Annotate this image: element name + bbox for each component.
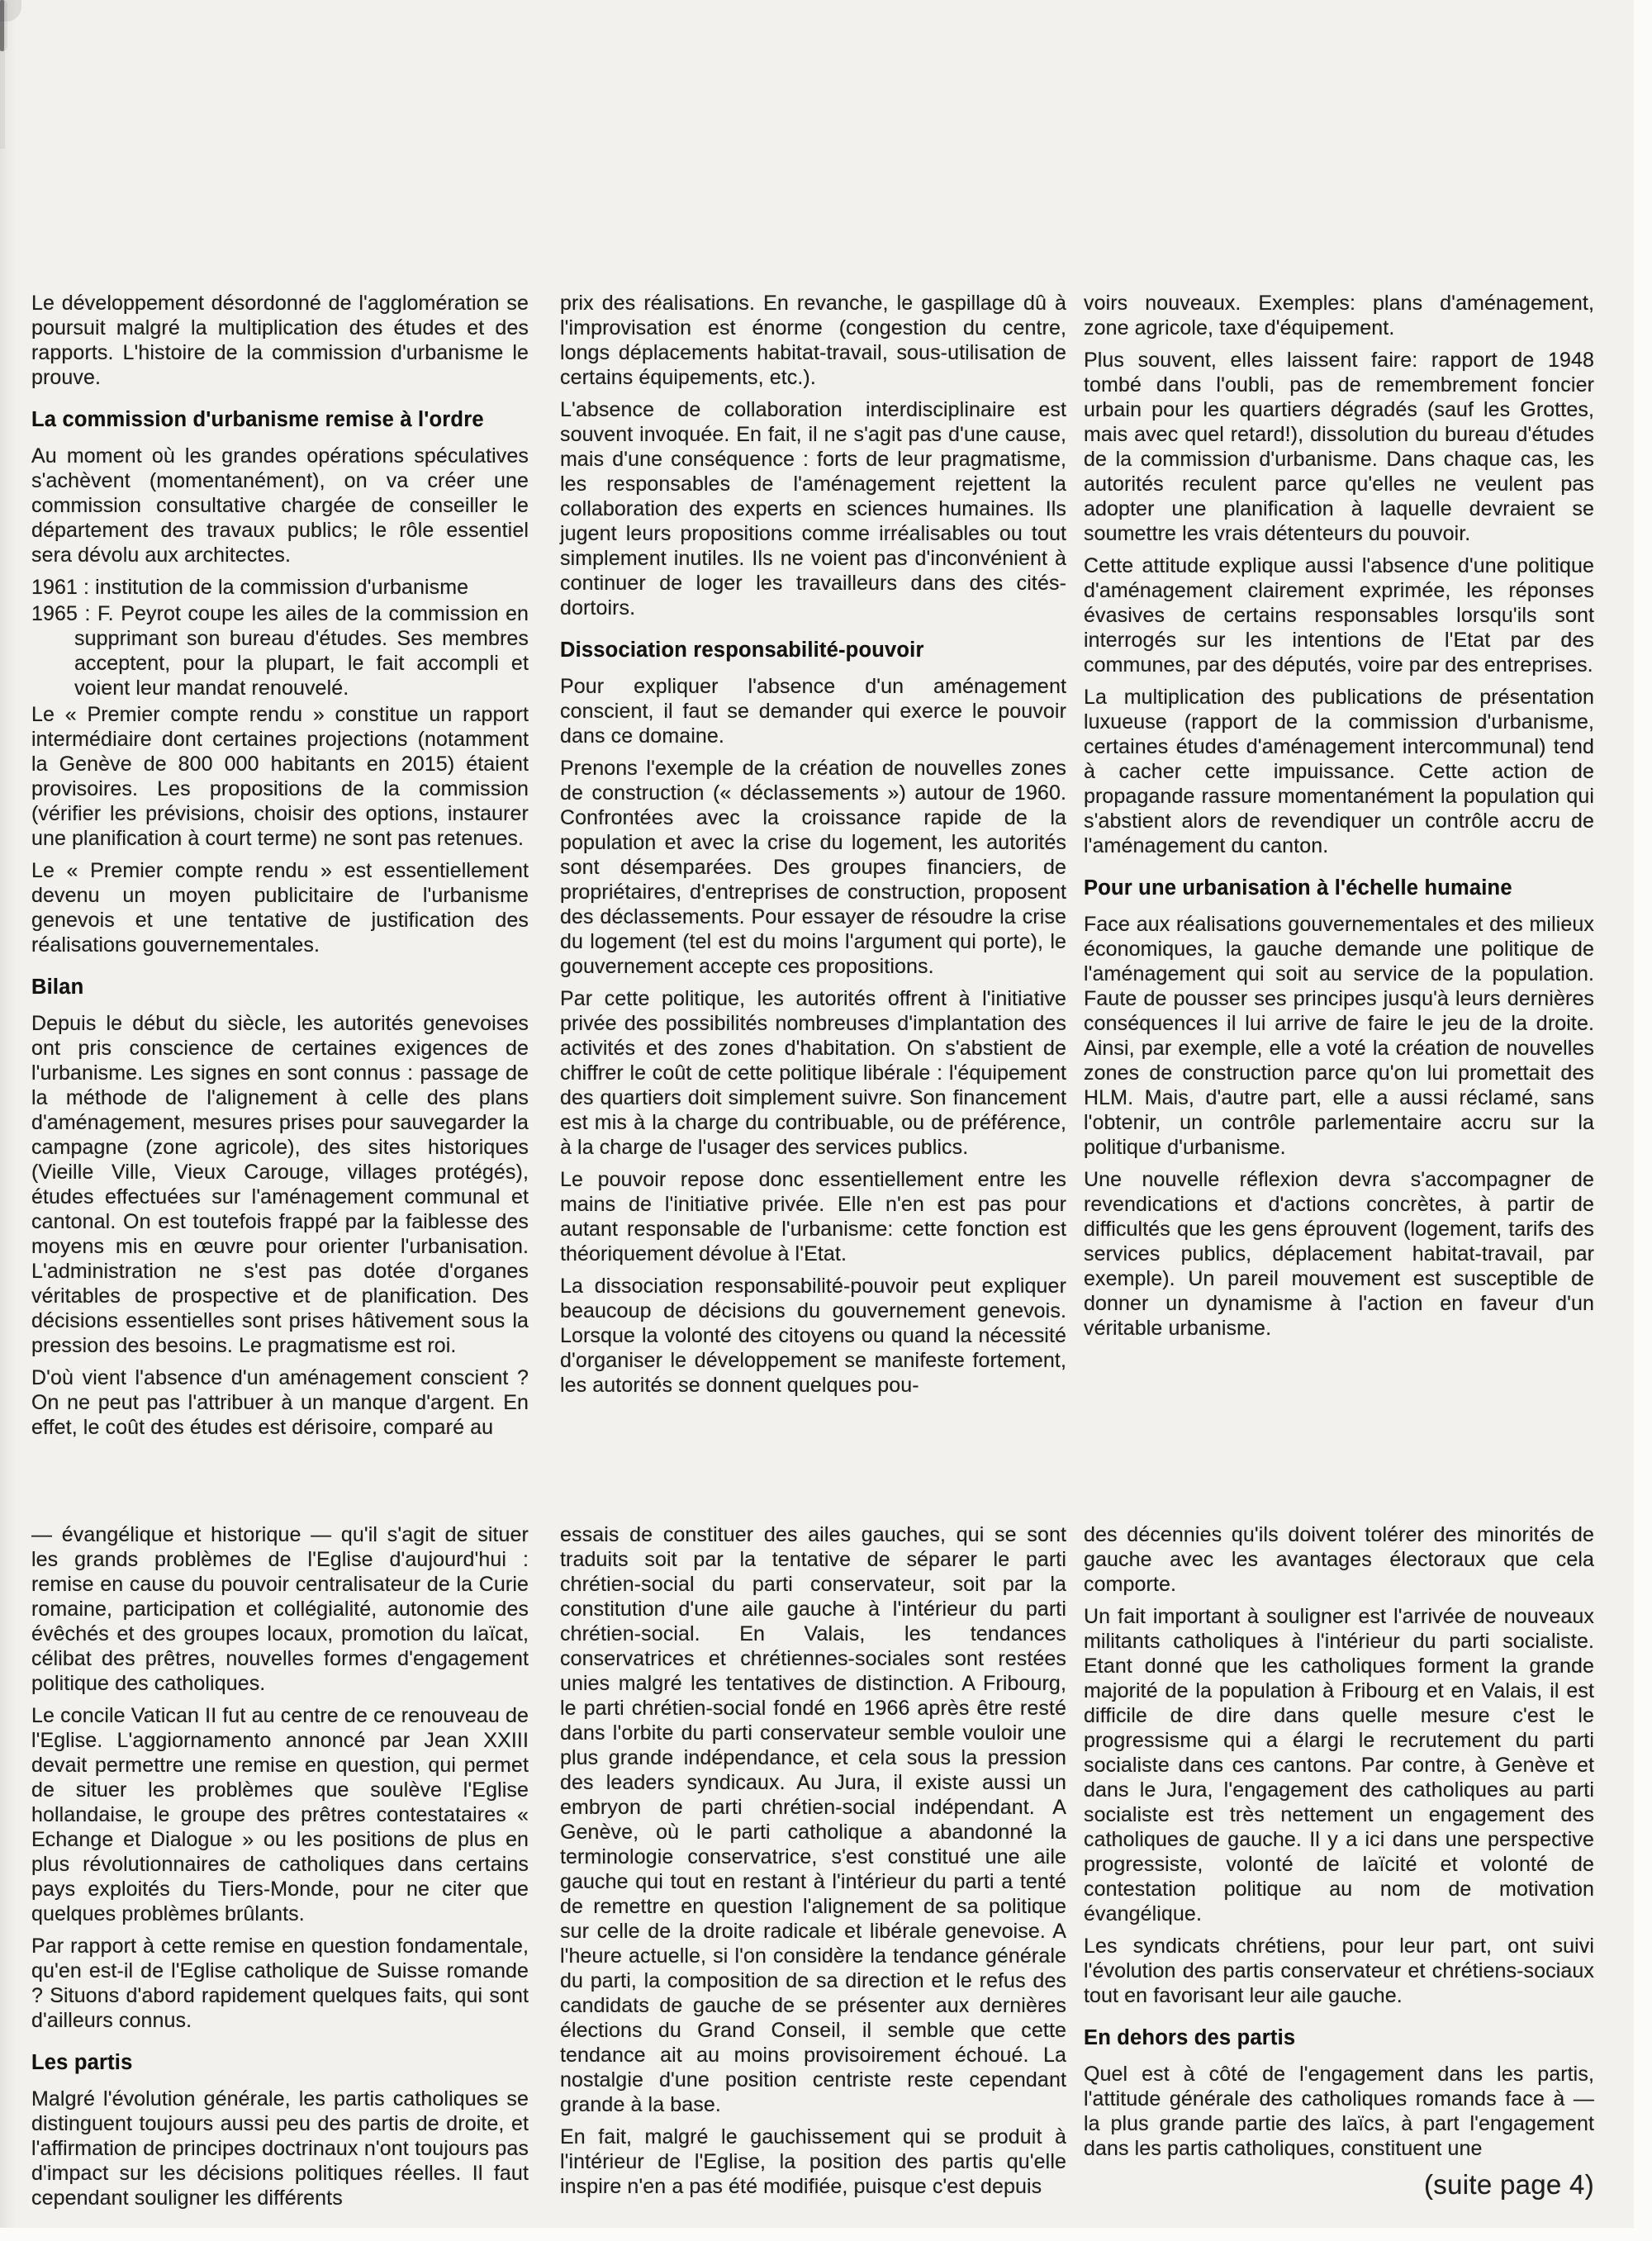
paragraph: Prenons l'exemple de la création de nouv…	[560, 756, 1066, 979]
top-article-column-3: voirs nouveaux. Exemples: plans d'aménag…	[1084, 291, 1594, 1348]
bottom-article-column-1: — évangélique et historique — qu'il s'ag…	[31, 1522, 529, 2218]
section-heading-bilan: Bilan	[31, 975, 529, 999]
scanned-newspaper-page: Le développement désordonné de l'agglomé…	[0, 0, 1652, 2241]
scan-artifact-streak	[0, 0, 5, 149]
paragraph: Le « Premier compte rendu » est essentie…	[31, 858, 529, 957]
paragraph: Pour expliquer l'absence d'un aménagemen…	[560, 674, 1066, 748]
paragraph: — évangélique et historique — qu'il s'ag…	[31, 1522, 529, 1696]
paragraph: Malgré l'évolution générale, les partis …	[31, 2087, 529, 2210]
paragraph: Les syndicats chrétiens, pour leur part,…	[1084, 1934, 1594, 2008]
paragraph: En fait, malgré le gauchissement qui se …	[560, 2125, 1066, 2199]
section-heading-les-partis: Les partis	[31, 2050, 529, 2075]
top-article-column-2: prix des réalisations. En revanche, le g…	[560, 291, 1066, 1405]
timeline-item-1961: 1961 : institution de la commission d'ur…	[31, 575, 529, 600]
paragraph: Par cette politique, les autorités offre…	[560, 986, 1066, 1160]
paragraph: Un fait important à souligner est l'arri…	[1084, 1604, 1594, 1926]
paragraph: La multiplication des publications de pr…	[1084, 685, 1594, 858]
paragraph: Cette attitude explique aussi l'absence …	[1084, 553, 1594, 677]
paragraph: des décennies qu'ils doivent tolérer des…	[1084, 1522, 1594, 1597]
paragraph: Le développement désordonné de l'agglomé…	[31, 291, 529, 390]
section-heading-dissociation: Dissociation responsabilité-pouvoir	[560, 638, 1066, 662]
paragraph: Le pouvoir repose donc essentiellement e…	[560, 1167, 1066, 1266]
paragraph: essais de constituer des ailes gauches, …	[560, 1522, 1066, 2117]
paragraph: Au moment où les grandes opérations spéc…	[31, 444, 529, 567]
paragraph: Plus souvent, elles laissent faire: rapp…	[1084, 348, 1594, 546]
paragraph: Par rapport à cette remise en question f…	[31, 1934, 529, 2033]
continuation-note: (suite page 4)	[1084, 2168, 1594, 2201]
bottom-article-column-3: des décennies qu'ils doivent tolérer des…	[1084, 1522, 1594, 2209]
paragraph: Quel est à côté de l'engagement dans les…	[1084, 2062, 1594, 2161]
scan-bottom-margin	[0, 2228, 1652, 2241]
section-heading-urbanisation-humaine: Pour une urbanisation à l'échelle humain…	[1084, 876, 1594, 900]
section-heading-en-dehors-des-partis: En dehors des partis	[1084, 2025, 1594, 2050]
paragraph: Le concile Vatican II fut au centre de c…	[31, 1703, 529, 1926]
scan-right-margin	[1634, 0, 1652, 2241]
paragraph: Une nouvelle réflexion devra s'accompagn…	[1084, 1167, 1594, 1341]
paragraph: Depuis le début du siècle, les autorités…	[31, 1011, 529, 1358]
paragraph: Face aux réalisations gouvernementales e…	[1084, 912, 1594, 1160]
paragraph: prix des réalisations. En revanche, le g…	[560, 291, 1066, 390]
paragraph: La dissociation responsabilité-pouvoir p…	[560, 1274, 1066, 1398]
section-heading-commission-urbanisme: La commission d'urbanisme remise à l'ord…	[31, 407, 529, 432]
timeline-item-1965: 1965 : F. Peyrot coupe les ailes de la c…	[31, 601, 529, 700]
bottom-article-column-2: essais de constituer des ailes gauches, …	[560, 1522, 1066, 2206]
paragraph: voirs nouveaux. Exemples: plans d'aménag…	[1084, 291, 1594, 340]
top-article-column-1: Le développement désordonné de l'agglomé…	[31, 291, 529, 1447]
paragraph: Le « Premier compte rendu » constitue un…	[31, 702, 529, 851]
paragraph: L'absence de collaboration interdiscipli…	[560, 397, 1066, 620]
paragraph: D'où vient l'absence d'un aménagement co…	[31, 1365, 529, 1440]
